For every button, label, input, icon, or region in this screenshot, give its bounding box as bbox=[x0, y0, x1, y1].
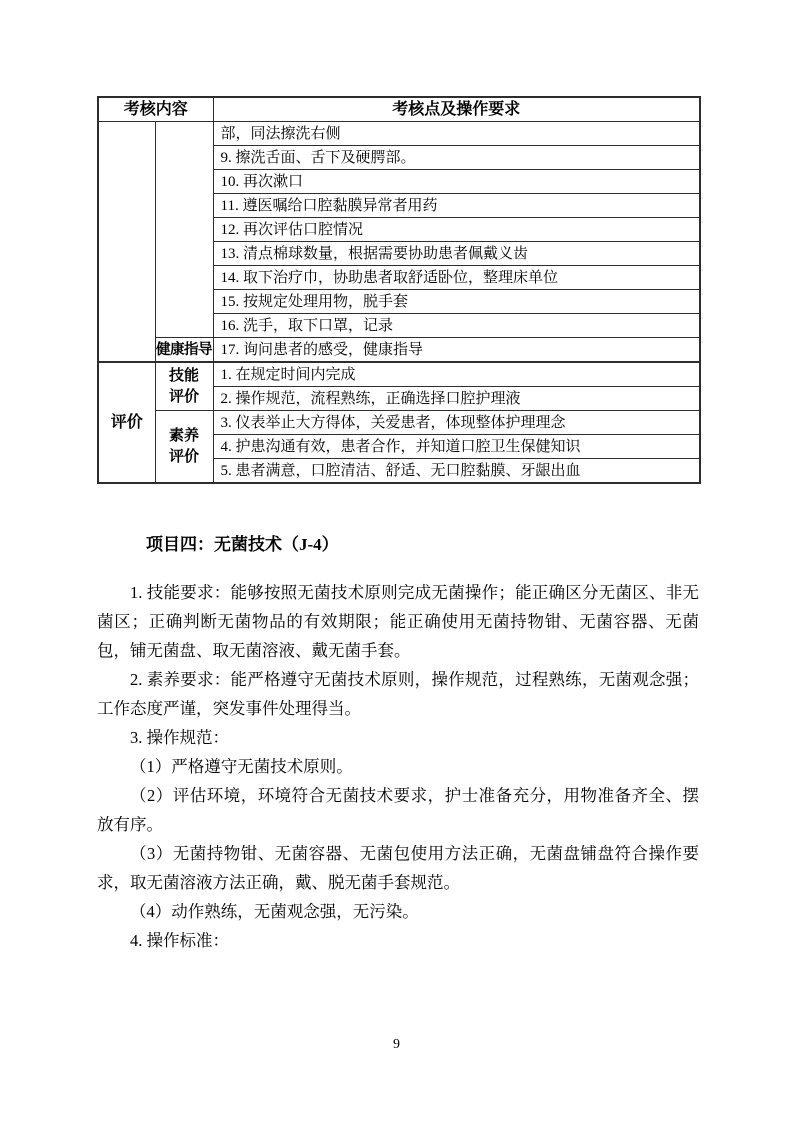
table-row-item: 2. 操作规范，流程熟练，正确选择口腔护理液 bbox=[213, 387, 700, 411]
skill-evaluation-label-text: 技能评价 bbox=[169, 366, 199, 408]
page-number: 9 bbox=[0, 1036, 793, 1054]
table-cell-category-empty bbox=[98, 122, 155, 363]
skill-evaluation-label: 技能评价 bbox=[155, 362, 213, 411]
quality-evaluation-label: 素养评价 bbox=[155, 411, 213, 484]
section-body: 1. 技能要求：能够按照无菌技术原则完成无菌操作；能正确区分无菌区、非无菌区；正… bbox=[97, 578, 699, 955]
health-guidance-label: 健康指导 bbox=[155, 338, 213, 363]
paragraph-rule-2: （2）评估环境，环境符合无菌技术要求，护士准备充分，用物准备齐全、摆放有序。 bbox=[97, 781, 699, 839]
table-row-item: 15. 按规定处理用物，脱手套 bbox=[213, 290, 700, 314]
table-row-item: 1. 在规定时间内完成 bbox=[213, 362, 700, 387]
paragraph-rule-3: （3）无菌持物钳、无菌容器、无菌包使用方法正确，无菌盘铺盘符合操作要求，取无菌溶… bbox=[97, 839, 699, 897]
paragraph-rule-4: （4）动作熟练，无菌观念强，无污染。 bbox=[97, 897, 699, 926]
section-block: 项目四：无菌技术（J-4） 1. 技能要求：能够按照无菌技术原则完成无菌操作；能… bbox=[97, 534, 699, 955]
paragraph-skill-requirements: 1. 技能要求：能够按照无菌技术原则完成无菌操作；能正确区分无菌区、非无菌区；正… bbox=[97, 578, 699, 665]
table-row-item: 17. 询问患者的感受，健康指导 bbox=[213, 338, 700, 363]
assessment-table: 考核内容 考核点及操作要求 部，同法擦洗右侧 9. 擦洗舌面、舌下及硬腭部。 1… bbox=[97, 96, 701, 484]
table-row-item: 9. 擦洗舌面、舌下及硬腭部。 bbox=[213, 146, 700, 170]
section-title: 项目四：无菌技术（J-4） bbox=[97, 534, 699, 556]
paragraph-operation-criteria-heading: 4. 操作标准： bbox=[97, 926, 699, 955]
table-row: 部，同法擦洗右侧 bbox=[98, 122, 700, 146]
table-row-item: 11. 遵医嘱给口腔黏膜异常者用药 bbox=[213, 194, 700, 218]
table-row-item: 14. 取下治疗巾，协助患者取舒适卧位，整理床单位 bbox=[213, 266, 700, 290]
paragraph-operation-standards-heading: 3. 操作规范： bbox=[97, 723, 699, 752]
table-row-item: 3. 仪表举止大方得体，关爱患者，体现整体护理理念 bbox=[213, 411, 700, 435]
table-header-points: 考核点及操作要求 bbox=[213, 97, 700, 122]
table-header-row: 考核内容 考核点及操作要求 bbox=[98, 97, 700, 122]
paragraph-rule-1: （1）严格遵守无菌技术原则。 bbox=[97, 752, 699, 781]
table-row-item: 16. 洗手，取下口罩，记录 bbox=[213, 314, 700, 338]
table-header-content: 考核内容 bbox=[98, 97, 213, 122]
table-cell-subcategory-empty bbox=[155, 122, 213, 338]
table-row-health-guidance: 健康指导 17. 询问患者的感受，健康指导 bbox=[98, 338, 700, 363]
table-row-item: 5. 患者满意，口腔清洁、舒适、无口腔黏膜、牙龈出血 bbox=[213, 459, 700, 484]
table-row-item: 10. 再次漱口 bbox=[213, 170, 700, 194]
table-row-item: 部，同法擦洗右侧 bbox=[213, 122, 700, 146]
evaluation-label: 评价 bbox=[98, 362, 155, 483]
paragraph-quality-requirements: 2. 素养要求：能严格遵守无菌技术原则，操作规范，过程熟练，无菌观念强；工作态度… bbox=[97, 665, 699, 723]
table-row-item: 13. 清点棉球数量，根据需要协助患者佩戴义齿 bbox=[213, 242, 700, 266]
table-row-item: 4. 护患沟通有效，患者合作，并知道口腔卫生保健知识 bbox=[213, 435, 700, 459]
table-row-evaluation: 评价 技能评价 1. 在规定时间内完成 bbox=[98, 362, 700, 387]
table-row: 素养评价 3. 仪表举止大方得体，关爱患者，体现整体护理理念 bbox=[98, 411, 700, 435]
quality-evaluation-label-text: 素养评价 bbox=[169, 426, 199, 468]
table-row-item: 12. 再次评估口腔情况 bbox=[213, 218, 700, 242]
document-page: 考核内容 考核点及操作要求 部，同法擦洗右侧 9. 擦洗舌面、舌下及硬腭部。 1… bbox=[0, 0, 793, 1122]
